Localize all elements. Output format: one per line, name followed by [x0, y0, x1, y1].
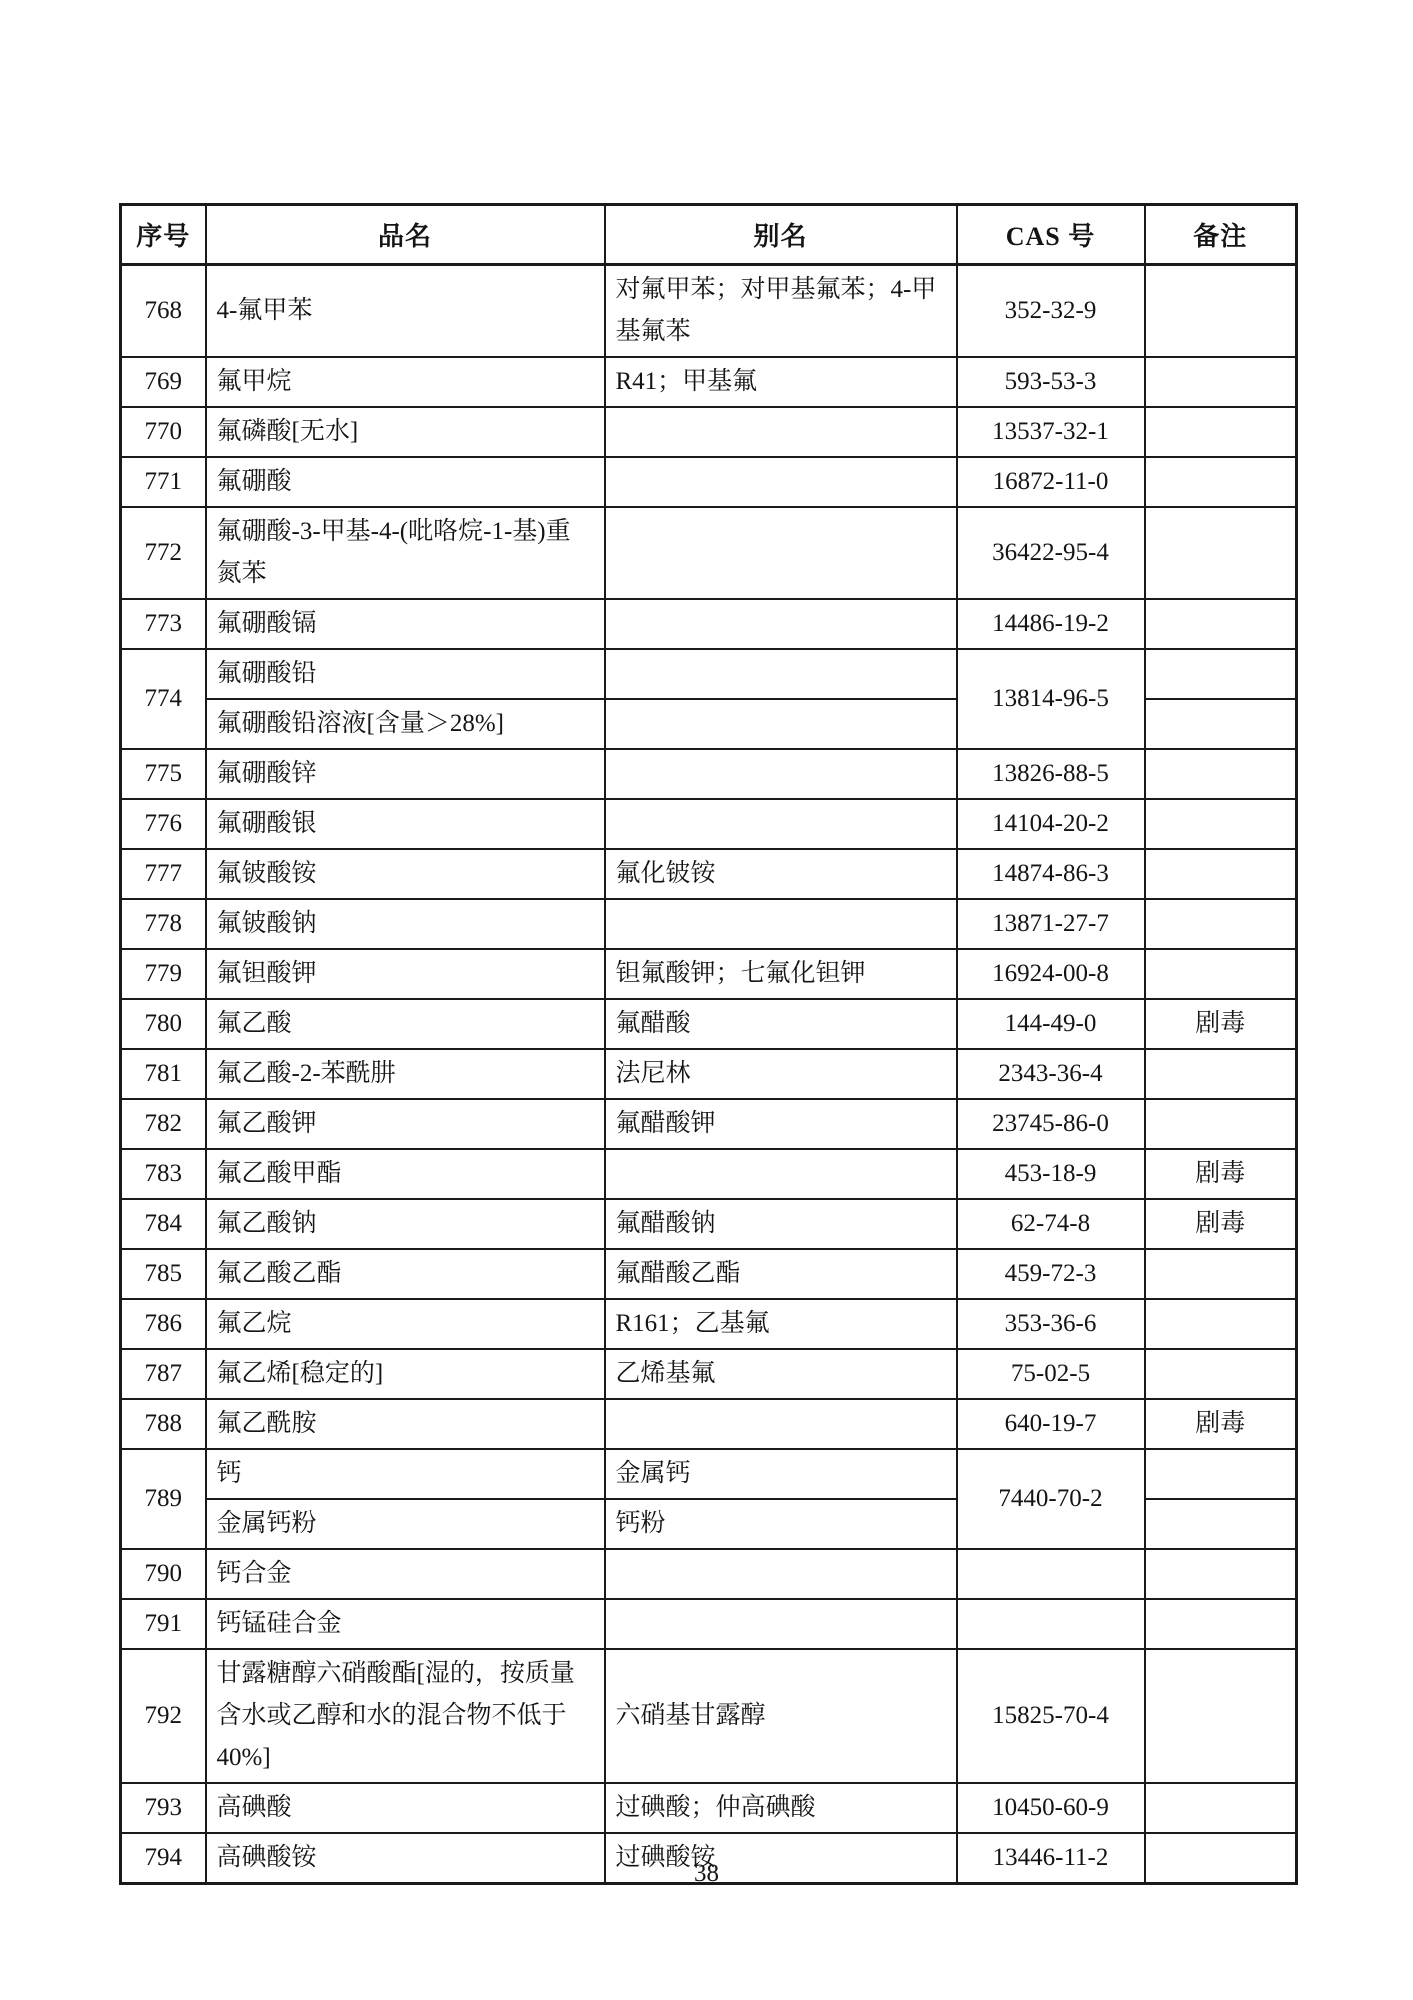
- table-row: 781氟乙酸-2-苯酰肼法尼林2343-36-4: [121, 1049, 1297, 1099]
- cell-cas-number: 353-36-6: [957, 1299, 1145, 1349]
- cell-product-name: 氟硼酸铅溶液[含量＞28%]: [206, 699, 605, 749]
- cell-serial-number: 792: [121, 1649, 206, 1783]
- cell-serial-number: 771: [121, 457, 206, 507]
- table-row: 771氟硼酸16872-11-0: [121, 457, 1297, 507]
- header-product-name: 品名: [206, 205, 605, 265]
- cell-remark: [1145, 599, 1297, 649]
- cell-remark: [1145, 1349, 1297, 1399]
- cell-serial-number: 774: [121, 649, 206, 749]
- cell-serial-number: 779: [121, 949, 206, 999]
- cell-alias: [605, 457, 957, 507]
- cell-serial-number: 782: [121, 1099, 206, 1149]
- cell-product-name: 氟乙烯[稳定的]: [206, 1349, 605, 1399]
- cell-serial-number: 778: [121, 899, 206, 949]
- cell-remark: [1145, 457, 1297, 507]
- cell-product-name: 氟甲烷: [206, 357, 605, 407]
- cell-cas-number: 36422-95-4: [957, 507, 1145, 599]
- cell-alias: 氟醋酸乙酯: [605, 1249, 957, 1299]
- cell-product-name: 钙锰硅合金: [206, 1599, 605, 1649]
- cell-serial-number: 790: [121, 1549, 206, 1599]
- cell-alias: 乙烯基氟: [605, 1349, 957, 1399]
- header-cas-number: CAS 号: [957, 205, 1145, 265]
- cell-remark: [1145, 1499, 1297, 1549]
- cell-alias: [605, 1149, 957, 1199]
- cell-product-name: 氟硼酸银: [206, 799, 605, 849]
- table-row: 779氟钽酸钾钽氟酸钾；七氟化钽钾16924-00-8: [121, 949, 1297, 999]
- cell-product-name: 氟磷酸[无水]: [206, 407, 605, 457]
- cell-cas-number: 75-02-5: [957, 1349, 1145, 1399]
- cell-serial-number: 791: [121, 1599, 206, 1649]
- cell-alias: 六硝基甘露醇: [605, 1649, 957, 1783]
- table-row: 777氟铍酸铵氟化铍铵14874-86-3: [121, 849, 1297, 899]
- cell-product-name: 氟乙酸钾: [206, 1099, 605, 1149]
- cell-remark: [1145, 1649, 1297, 1783]
- cell-remark: [1145, 849, 1297, 899]
- cell-serial-number: 773: [121, 599, 206, 649]
- cell-alias: 氟化铍铵: [605, 849, 957, 899]
- table-row: 789钙金属钙7440-70-2: [121, 1449, 1297, 1499]
- cell-cas-number: [957, 1599, 1145, 1649]
- cell-serial-number: 783: [121, 1149, 206, 1199]
- cell-alias: [605, 1549, 957, 1599]
- cell-remark: [1145, 1299, 1297, 1349]
- cell-alias: [605, 749, 957, 799]
- cell-alias: 氟醋酸钾: [605, 1099, 957, 1149]
- table-row: 770氟磷酸[无水]13537-32-1: [121, 407, 1297, 457]
- cell-cas-number: 16872-11-0: [957, 457, 1145, 507]
- cell-product-name: 氟乙酸: [206, 999, 605, 1049]
- cell-serial-number: 777: [121, 849, 206, 899]
- table-row: 782氟乙酸钾氟醋酸钾23745-86-0: [121, 1099, 1297, 1149]
- cell-remark: [1145, 799, 1297, 849]
- cell-alias: [605, 899, 957, 949]
- cell-alias: [605, 407, 957, 457]
- cell-remark: [1145, 1449, 1297, 1499]
- cell-remark: 剧毒: [1145, 1399, 1297, 1449]
- cell-product-name: 氟乙酸甲酯: [206, 1149, 605, 1199]
- cell-product-name: 氟乙酸乙酯: [206, 1249, 605, 1299]
- table-row: 787氟乙烯[稳定的]乙烯基氟75-02-5: [121, 1349, 1297, 1399]
- table-row: 786氟乙烷R161；乙基氟353-36-6: [121, 1299, 1297, 1349]
- table-row: 784氟乙酸钠氟醋酸钠62-74-8剧毒: [121, 1199, 1297, 1249]
- cell-alias: 对氟甲苯；对甲基氟苯；4-甲基氟苯: [605, 265, 957, 358]
- cell-alias: 氟醋酸钠: [605, 1199, 957, 1249]
- cell-product-name: 4-氟甲苯: [206, 265, 605, 358]
- cell-remark: [1145, 949, 1297, 999]
- table-row: 7684-氟甲苯对氟甲苯；对甲基氟苯；4-甲基氟苯352-32-9: [121, 265, 1297, 358]
- table-row: 785氟乙酸乙酯氟醋酸乙酯459-72-3: [121, 1249, 1297, 1299]
- cell-remark: [1145, 1099, 1297, 1149]
- table-header-row: 序号 品名 别名 CAS 号 备注: [121, 205, 1297, 265]
- cell-remark: 剧毒: [1145, 999, 1297, 1049]
- cell-remark: [1145, 699, 1297, 749]
- cell-remark: 剧毒: [1145, 1149, 1297, 1199]
- cell-alias: [605, 507, 957, 599]
- cell-remark: [1145, 357, 1297, 407]
- cell-cas-number: 14486-19-2: [957, 599, 1145, 649]
- table-row: 774氟硼酸铅13814-96-5: [121, 649, 1297, 699]
- table-row: 778氟铍酸钠13871-27-7: [121, 899, 1297, 949]
- cell-cas-number: 2343-36-4: [957, 1049, 1145, 1099]
- cell-alias: [605, 649, 957, 699]
- cell-cas-number: 13537-32-1: [957, 407, 1145, 457]
- cell-remark: [1145, 1249, 1297, 1299]
- table-row: 793高碘酸过碘酸；仲高碘酸10450-60-9: [121, 1783, 1297, 1833]
- cell-product-name: 氟硼酸-3-甲基-4-(吡咯烷-1-基)重氮苯: [206, 507, 605, 599]
- cell-serial-number: 775: [121, 749, 206, 799]
- header-alias: 别名: [605, 205, 957, 265]
- cell-remark: [1145, 407, 1297, 457]
- cell-product-name: 氟乙烷: [206, 1299, 605, 1349]
- table-row: 783氟乙酸甲酯453-18-9剧毒: [121, 1149, 1297, 1199]
- cell-remark: 剧毒: [1145, 1199, 1297, 1249]
- cell-cas-number: 62-74-8: [957, 1199, 1145, 1249]
- cell-product-name: 氟硼酸镉: [206, 599, 605, 649]
- cell-alias: 钙粉: [605, 1499, 957, 1549]
- cell-serial-number: 776: [121, 799, 206, 849]
- cell-alias: 过碘酸；仲高碘酸: [605, 1783, 957, 1833]
- cell-alias: 氟醋酸: [605, 999, 957, 1049]
- cell-alias: [605, 799, 957, 849]
- cell-cas-number: 10450-60-9: [957, 1783, 1145, 1833]
- table-row: 780氟乙酸氟醋酸144-49-0剧毒: [121, 999, 1297, 1049]
- cell-cas-number: 14104-20-2: [957, 799, 1145, 849]
- table-row: 769氟甲烷R41；甲基氟593-53-3: [121, 357, 1297, 407]
- cell-product-name: 氟乙酰胺: [206, 1399, 605, 1449]
- header-serial-number: 序号: [121, 205, 206, 265]
- chemicals-table: 序号 品名 别名 CAS 号 备注 7684-氟甲苯对氟甲苯；对甲基氟苯；4-甲…: [119, 203, 1298, 1885]
- cell-cas-number: 7440-70-2: [957, 1449, 1145, 1549]
- cell-alias: 钽氟酸钾；七氟化钽钾: [605, 949, 957, 999]
- cell-cas-number: 459-72-3: [957, 1249, 1145, 1299]
- cell-alias: [605, 1599, 957, 1649]
- cell-remark: [1145, 1783, 1297, 1833]
- cell-product-name: 氟硼酸: [206, 457, 605, 507]
- cell-cas-number: 13826-88-5: [957, 749, 1145, 799]
- cell-serial-number: 788: [121, 1399, 206, 1449]
- cell-alias: R41；甲基氟: [605, 357, 957, 407]
- table-row: 772氟硼酸-3-甲基-4-(吡咯烷-1-基)重氮苯36422-95-4: [121, 507, 1297, 599]
- cell-product-name: 钙: [206, 1449, 605, 1499]
- cell-cas-number: 593-53-3: [957, 357, 1145, 407]
- cell-remark: [1145, 749, 1297, 799]
- cell-alias: 金属钙: [605, 1449, 957, 1499]
- cell-product-name: 氟铍酸铵: [206, 849, 605, 899]
- table-row: 775氟硼酸锌13826-88-5: [121, 749, 1297, 799]
- cell-product-name: 金属钙粉: [206, 1499, 605, 1549]
- cell-cas-number: 13871-27-7: [957, 899, 1145, 949]
- cell-product-name: 氟钽酸钾: [206, 949, 605, 999]
- cell-remark: [1145, 1599, 1297, 1649]
- table-row: 773氟硼酸镉14486-19-2: [121, 599, 1297, 649]
- cell-remark: [1145, 1549, 1297, 1599]
- cell-alias: R161；乙基氟: [605, 1299, 957, 1349]
- cell-remark: [1145, 1049, 1297, 1099]
- cell-cas-number: 352-32-9: [957, 265, 1145, 358]
- cell-product-name: 氟铍酸钠: [206, 899, 605, 949]
- table-row: 776氟硼酸银14104-20-2: [121, 799, 1297, 849]
- table-row: 792甘露糖醇六硝酸酯[湿的，按质量含水或乙醇和水的混合物不低于40%]六硝基甘…: [121, 1649, 1297, 1783]
- header-remark: 备注: [1145, 205, 1297, 265]
- cell-cas-number: 144-49-0: [957, 999, 1145, 1049]
- cell-alias: [605, 599, 957, 649]
- cell-product-name: 氟硼酸铅: [206, 649, 605, 699]
- cell-cas-number: 640-19-7: [957, 1399, 1145, 1449]
- cell-serial-number: 787: [121, 1349, 206, 1399]
- cell-serial-number: 768: [121, 265, 206, 358]
- cell-cas-number: 23745-86-0: [957, 1099, 1145, 1149]
- cell-product-name: 甘露糖醇六硝酸酯[湿的，按质量含水或乙醇和水的混合物不低于40%]: [206, 1649, 605, 1783]
- cell-serial-number: 772: [121, 507, 206, 599]
- cell-serial-number: 789: [121, 1449, 206, 1549]
- cell-serial-number: 786: [121, 1299, 206, 1349]
- cell-product-name: 钙合金: [206, 1549, 605, 1599]
- cell-product-name: 氟乙酸钠: [206, 1199, 605, 1249]
- cell-product-name: 氟硼酸锌: [206, 749, 605, 799]
- cell-cas-number: 16924-00-8: [957, 949, 1145, 999]
- cell-serial-number: 770: [121, 407, 206, 457]
- page-number: 38: [0, 1860, 1413, 1888]
- cell-alias: [605, 699, 957, 749]
- cell-alias: [605, 1399, 957, 1449]
- cell-serial-number: 769: [121, 357, 206, 407]
- cell-serial-number: 785: [121, 1249, 206, 1299]
- cell-serial-number: 781: [121, 1049, 206, 1099]
- cell-cas-number: 14874-86-3: [957, 849, 1145, 899]
- cell-serial-number: 793: [121, 1783, 206, 1833]
- cell-cas-number: 15825-70-4: [957, 1649, 1145, 1783]
- cell-cas-number: [957, 1549, 1145, 1599]
- cell-serial-number: 784: [121, 1199, 206, 1249]
- cell-serial-number: 780: [121, 999, 206, 1049]
- cell-remark: [1145, 649, 1297, 699]
- cell-remark: [1145, 899, 1297, 949]
- table-row: 790钙合金: [121, 1549, 1297, 1599]
- cell-cas-number: 13814-96-5: [957, 649, 1145, 749]
- document-page: 序号 品名 别名 CAS 号 备注 7684-氟甲苯对氟甲苯；对甲基氟苯；4-甲…: [0, 0, 1413, 2000]
- cell-product-name: 高碘酸: [206, 1783, 605, 1833]
- table-row: 788氟乙酰胺640-19-7剧毒: [121, 1399, 1297, 1449]
- cell-alias: 法尼林: [605, 1049, 957, 1099]
- cell-remark: [1145, 265, 1297, 358]
- cell-remark: [1145, 507, 1297, 599]
- cell-cas-number: 453-18-9: [957, 1149, 1145, 1199]
- cell-product-name: 氟乙酸-2-苯酰肼: [206, 1049, 605, 1099]
- table-row: 791钙锰硅合金: [121, 1599, 1297, 1649]
